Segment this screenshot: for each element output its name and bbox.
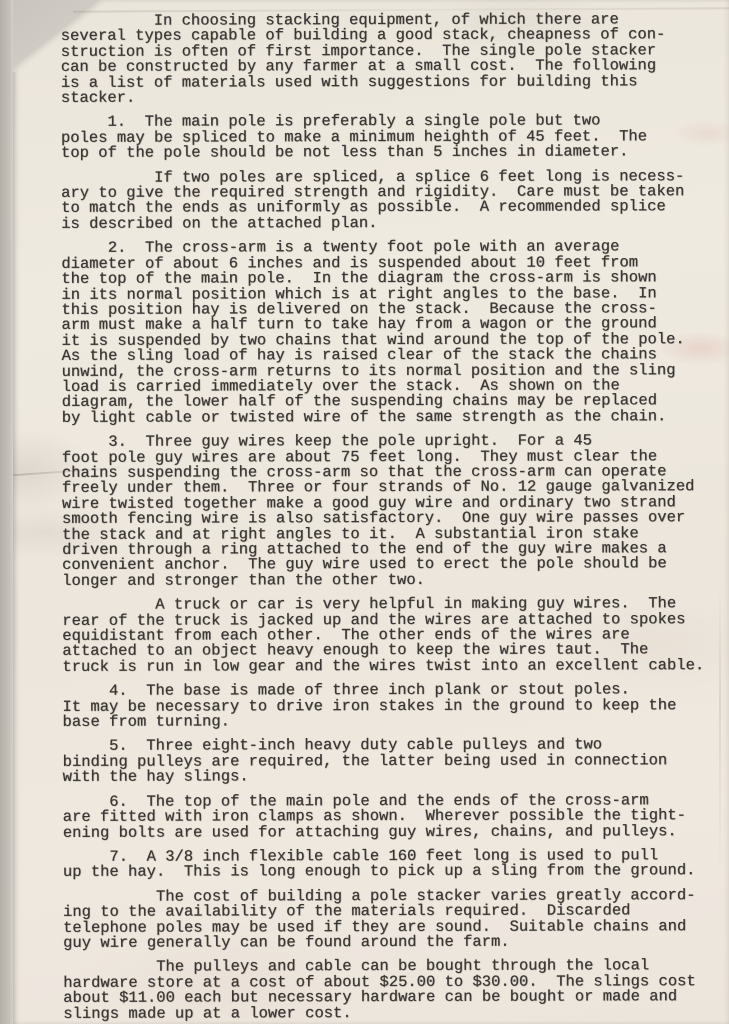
paragraph-truck: A truck or car is very helpful in making… (62, 596, 722, 675)
paragraph-item-1: 1. The main pole is preferably a single … (61, 114, 721, 162)
paragraph-item-6: 6. The top of the main pole and the ends… (63, 793, 723, 841)
paragraph-intro: In choosing stacking equipment, of which… (61, 12, 721, 106)
scanner-background: In choosing stacking equipment, of which… (0, 0, 729, 1024)
paragraph-hardware-cost: The pulleys and cable can be bought thro… (63, 958, 723, 1021)
paper-sheet: In choosing stacking equipment, of which… (13, 0, 729, 1024)
paragraph-item-5: 5. Three eight-inch heavy duty cable pul… (63, 738, 723, 786)
paragraph-splice: If two poles are spliced, a splice 6 fee… (61, 169, 721, 232)
paragraph-item-7: 7. A 3/8 inch flexible cable 160 feet lo… (63, 848, 723, 881)
paragraph-item-4: 4. The base is made of three inch plank … (62, 682, 722, 730)
typewritten-text: In choosing stacking equipment, of which… (61, 12, 724, 1024)
paragraph-cost: The cost of building a pole stacker vari… (63, 888, 723, 951)
paragraph-item-3: 3. Three guy wires keep the pole upright… (62, 433, 722, 589)
paragraph-item-2: 2. The cross-arm is a twenty foot pole w… (61, 239, 721, 426)
